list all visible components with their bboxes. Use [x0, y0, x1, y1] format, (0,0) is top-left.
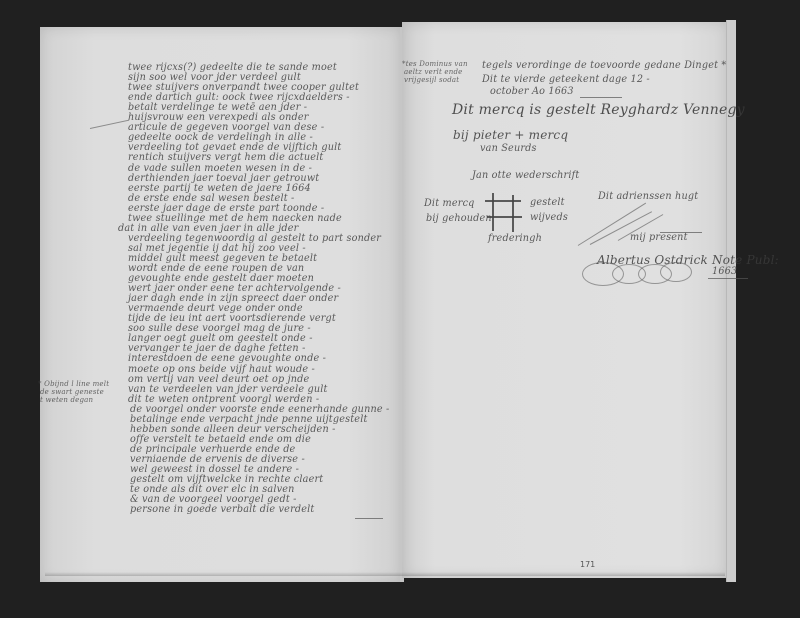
witness-line: Jan otte wederschrift	[472, 170, 579, 181]
mark-label: wijveds	[530, 212, 568, 223]
manuscript-line: persone in goede verbalt die verdelt	[130, 504, 315, 515]
mark-statement-line: van Seurds	[480, 143, 537, 154]
signature-year: 1663	[712, 266, 737, 277]
mark-label: frederingh	[488, 233, 542, 244]
right-margin-note-line: vrijgesijl sodat	[404, 77, 459, 84]
right-margin-note-line: aeltz verlt ende	[404, 69, 462, 76]
mark-label: Dit adrienssen hugt	[598, 191, 698, 202]
header-line: tegels verordinge de toevoorde gedane Di…	[482, 60, 726, 71]
header-line: Dit te vierde geteekent dage 12 -	[482, 74, 650, 85]
year-underline	[708, 278, 748, 279]
signature-flourish	[660, 262, 692, 282]
page-number: 171	[580, 560, 595, 569]
left-margin-note-line: t weten degan	[40, 397, 93, 404]
left-margin-note-line: * Obijnd l line melt	[38, 381, 109, 388]
left-margin-note-line: de swart geneste	[40, 389, 104, 396]
mark-label: Dit mercq	[424, 198, 475, 209]
header-line-date: october Ao 1663	[490, 86, 574, 97]
date-underline	[580, 97, 622, 98]
mark-label: bij gehouden	[426, 213, 492, 224]
document-viewer: twee rijcxs(?) gedeelte die te sande moe…	[0, 0, 800, 618]
end-underline	[355, 518, 383, 519]
mark-statement-line: bij pieter + mercq	[453, 129, 568, 141]
signature-prefix-underline	[660, 232, 702, 233]
page-bottom-shadow	[45, 572, 725, 576]
mark-label: gestelt	[530, 197, 565, 208]
mark-statement-line: Dit mercq is gestelt Reyghardz Vennegy	[452, 103, 745, 117]
right-margin-note-line: *tes Dominus van	[402, 61, 468, 68]
signature-prefix: mij present	[630, 232, 688, 243]
